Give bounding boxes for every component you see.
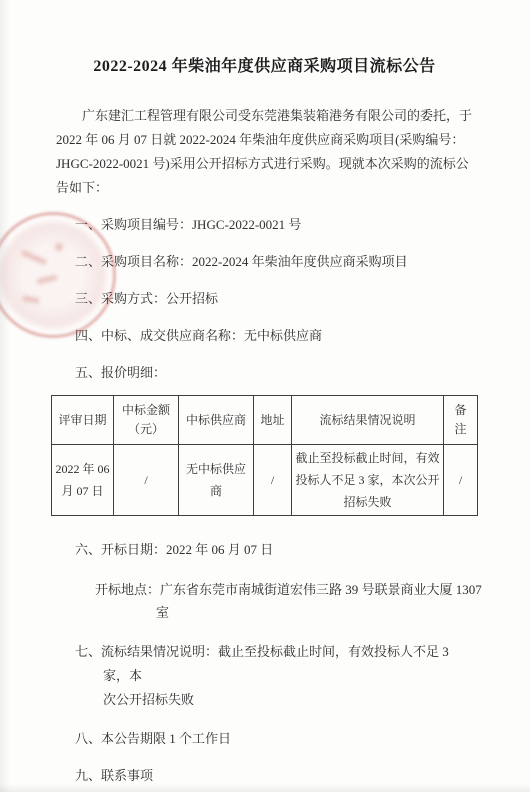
column-header-remarks: 备 注 (444, 396, 478, 445)
list-item-announcement-period: 八、本公告期限 1 个工作日 (75, 729, 473, 749)
seal-mark (55, 243, 63, 251)
column-header-failed-bid-explanation: 流标结果情况说明 (292, 396, 444, 445)
list-item-procurement-method: 三、采购方式：公开招标 (75, 289, 473, 309)
cell-winning-supplier: 无中标供应 商 (179, 445, 254, 516)
list-item-quotation-detail-heading: 五、报价明细： (75, 363, 473, 383)
cell-failed-bid-explanation: 截止至投标截止时间，有效 投标人不足 3 家，本次公开 招标失败 (292, 445, 444, 516)
scan-edge-shadow-left (0, 0, 10, 792)
cell-remarks: / (444, 445, 478, 516)
column-header-review-date: 评审日期 (52, 396, 114, 445)
list-item-project-number: 一、采购项目编号：JHGC-2022-0021 号 (75, 215, 473, 235)
seal-mark (21, 250, 47, 265)
quotation-detail-table: 评审日期 中标金额 （元） 中标供应商 地址 流标结果情况说明 备 注 2022… (51, 395, 478, 516)
seal-mark (23, 296, 40, 304)
document-page: 2022-2024 年柴油年度供应商采购项目流标公告 广东建汇工程管理有限公司受… (0, 0, 530, 792)
list-item-bid-opening-date: 六、开标日期：2022 年 06 月 07 日 (75, 540, 473, 560)
list-item-contact-matters: 九、联系事项 (75, 766, 473, 786)
column-header-winning-supplier: 中标供应商 (179, 396, 254, 445)
bid-opening-location: 开标地点：广东省东莞市南城街道宏伟三路 39 号联景商业大厦 1307 室 (95, 578, 485, 624)
seal-mark (37, 275, 58, 285)
list-item-winning-supplier: 四、中标、成交供应商名称：无中标供应商 (75, 326, 473, 346)
cell-address: / (254, 445, 292, 516)
page-title: 2022-2024 年柴油年度供应商采购项目流标公告 (56, 56, 473, 78)
list-item-project-name: 二、采购项目名称：2022-2024 年柴油年度供应商采购项目 (75, 252, 473, 272)
table-row: 2022 年 06 月 07 日 / 无中标供应 商 / 截止至投标截止时间，有… (52, 445, 478, 516)
column-header-winning-amount: 中标金额 （元） (114, 396, 179, 445)
cell-review-date: 2022 年 06 月 07 日 (52, 445, 114, 516)
table-header-row: 评审日期 中标金额 （元） 中标供应商 地址 流标结果情况说明 备 注 (52, 396, 478, 445)
list-item-failed-result-explanation: 七、流标结果情况说明：截止至投标截止时间，有效投标人不足 3 家，本 次公开招标… (75, 640, 473, 712)
intro-paragraph: 广东建汇工程管理有限公司受东莞港集装箱港务有限公司的委托，于 2022 年 06… (56, 104, 473, 200)
column-header-address: 地址 (254, 396, 292, 445)
cell-winning-amount: / (114, 445, 179, 516)
